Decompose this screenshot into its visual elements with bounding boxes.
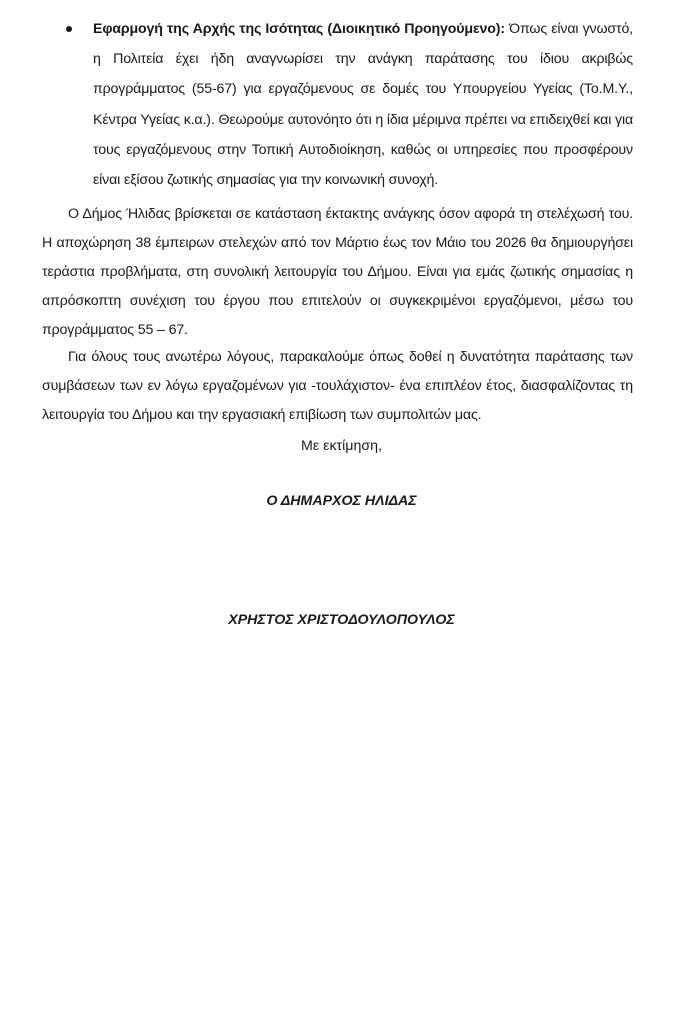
signatory-name: ΧΡΗΣΤΟΣ ΧΡΙΣΤΟΔΟΥΛΟΠΟΥΛΟΣ <box>0 612 683 628</box>
signatory-title: Ο ΔΗΜΑΡΧΟΣ ΗΛΙΔΑΣ <box>0 493 683 509</box>
bullet-item-equality-principle: Εφαρμογή της Αρχής της Ισότητας (Διοικητ… <box>93 14 633 195</box>
closing-salutation: Με εκτίμηση, <box>0 432 683 461</box>
bullet-item-text: Όπως είναι γνωστό, η Πολιτεία έχει ήδη α… <box>93 21 633 188</box>
bullet-item-bold-lead: Εφαρμογή της Αρχής της Ισότητας (Διοικητ… <box>93 21 505 37</box>
bullet-icon <box>66 26 72 32</box>
paragraph-request-extension: Για όλους τους ανωτέρω λόγους, παρακαλού… <box>42 343 633 430</box>
document-page: Εφαρμογή της Αρχής της Ισότητας (Διοικητ… <box>0 0 683 1024</box>
paragraph-staffing-emergency: Ο Δήμος Ήλιδας βρίσκεται σε κατάσταση έκ… <box>42 200 633 345</box>
